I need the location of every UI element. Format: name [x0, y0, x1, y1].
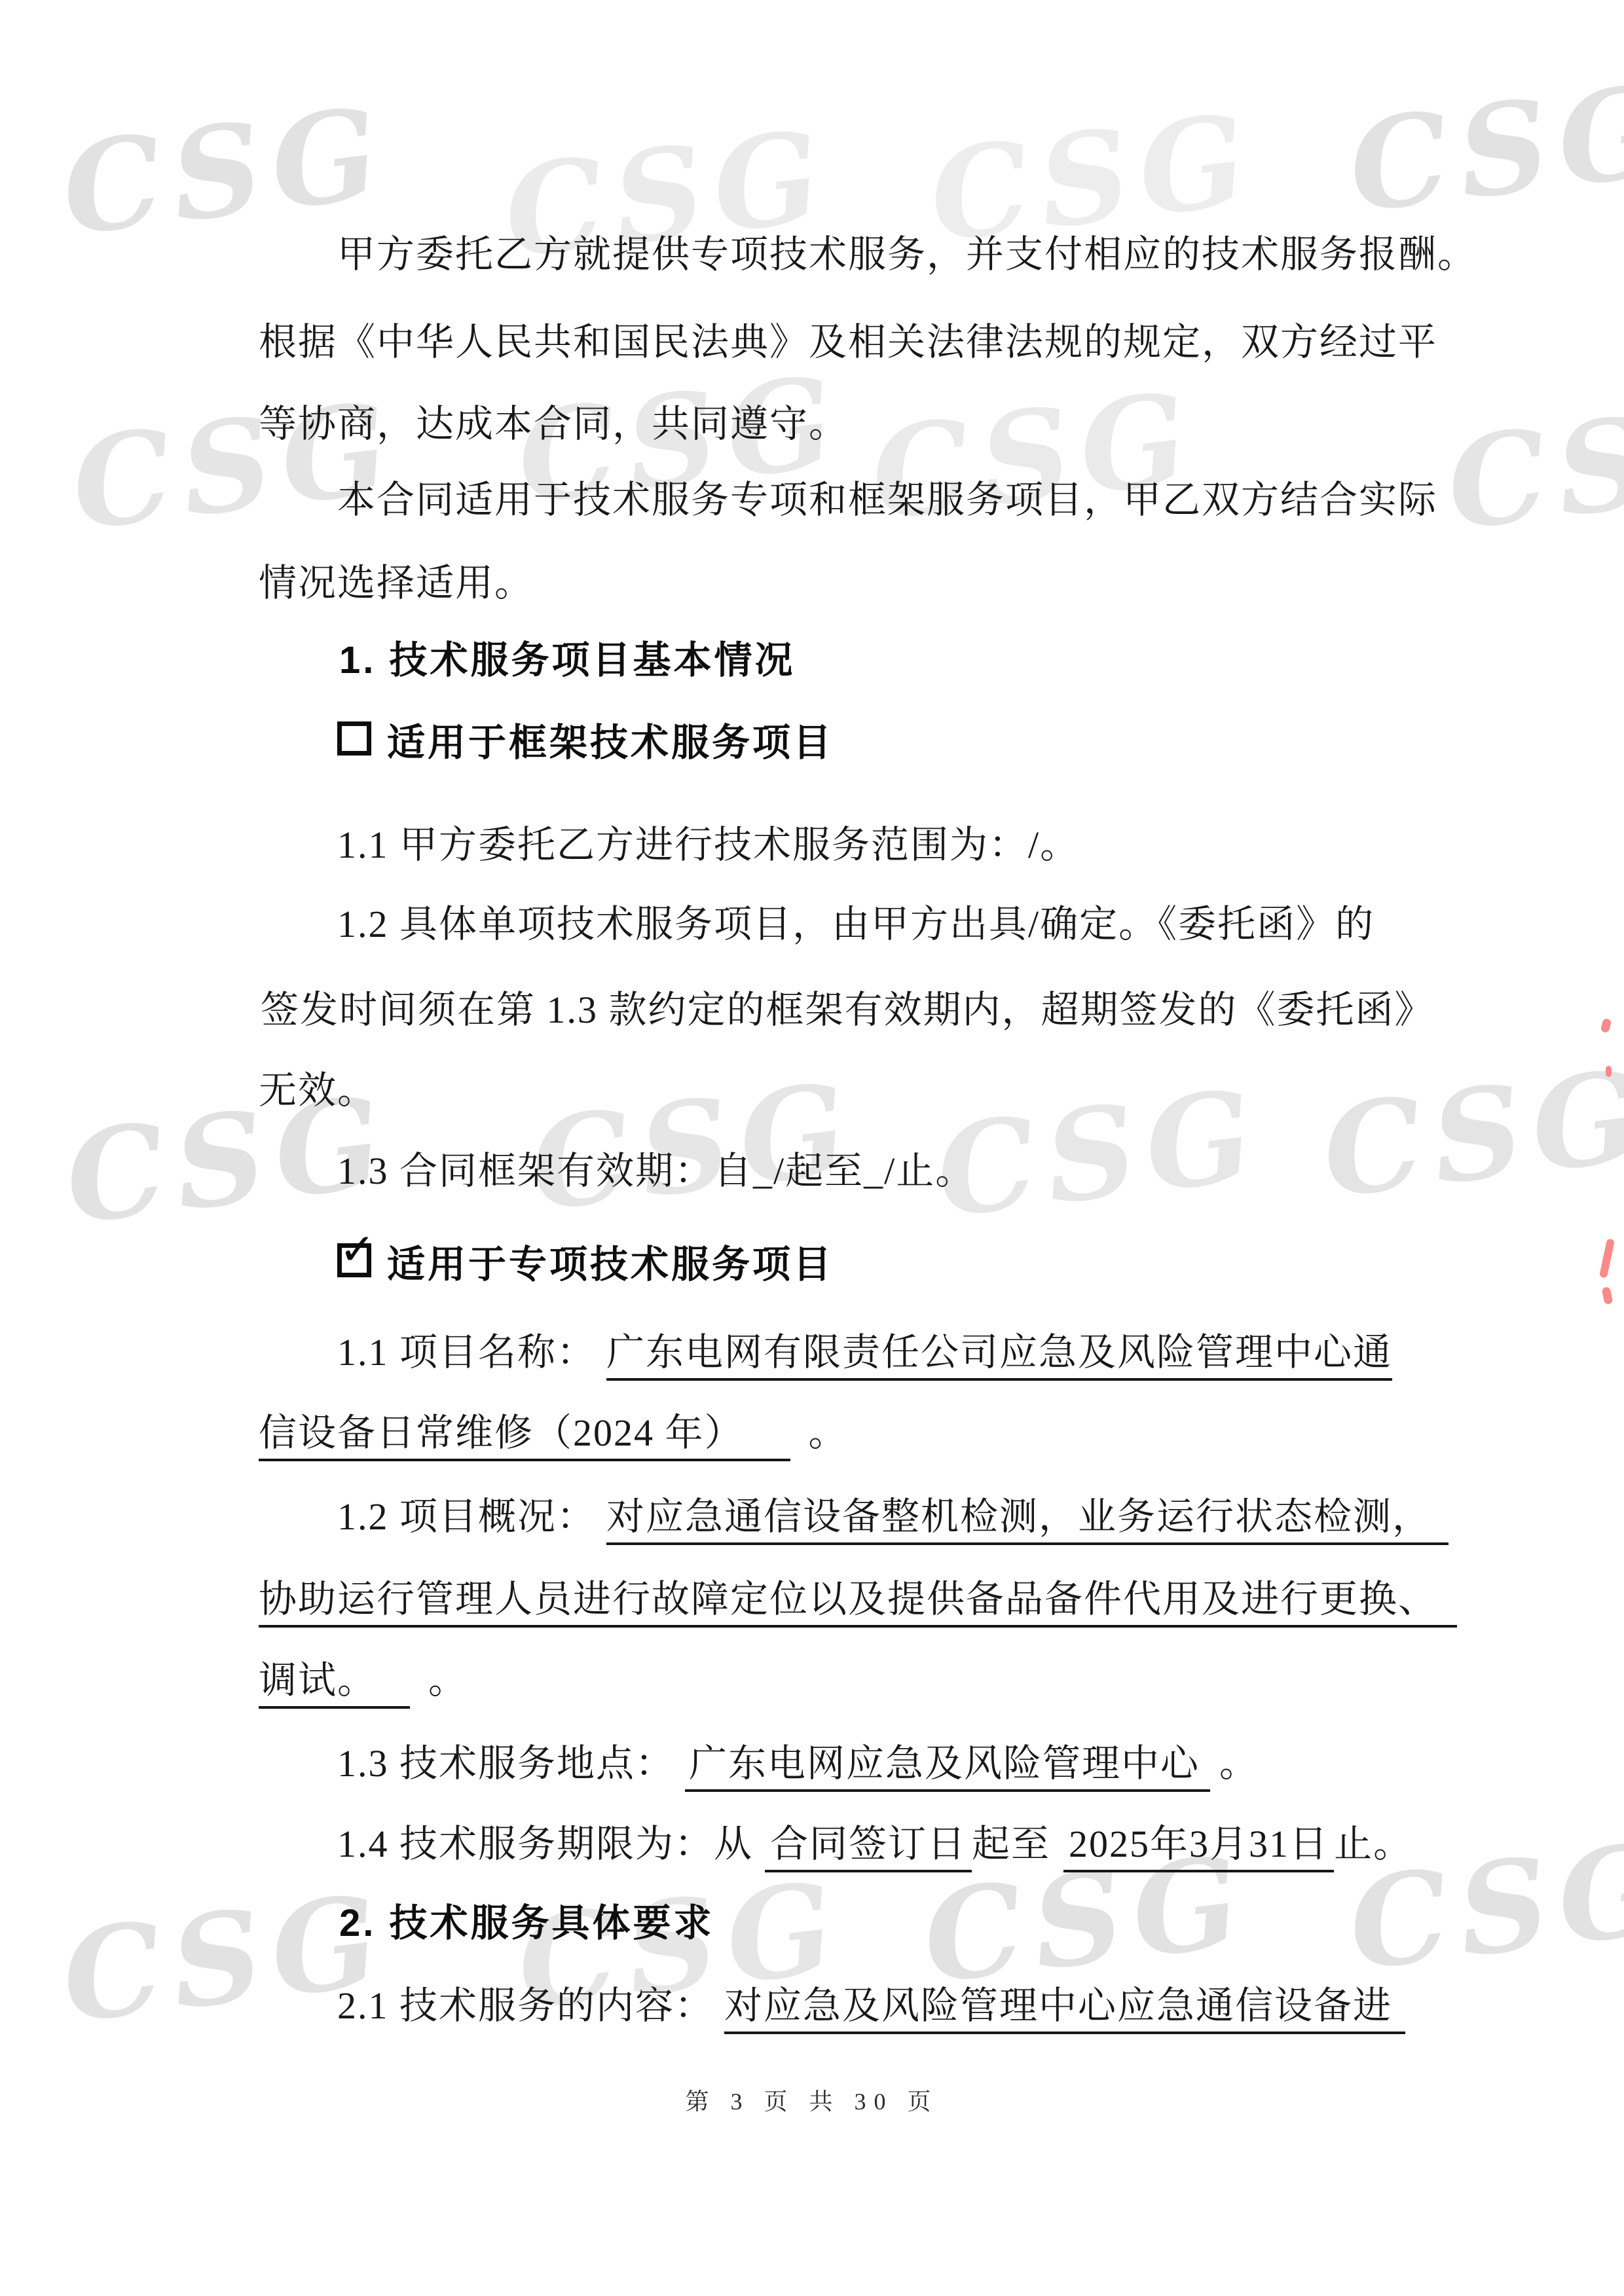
section-1-heading: 1. 技术服务项目基本情况	[339, 636, 796, 685]
checkbox-checked-icon: ✓	[337, 1243, 371, 1277]
service-location-value: 广东电网应急及风险管理中心	[685, 1742, 1210, 1792]
project-name-value-line-2: 信设备日常维修（2024 年）	[259, 1412, 790, 1461]
clause-2-1-service-content: 2.1 技术服务的内容：对应急及风险管理中心应急通信设备进	[337, 1982, 1405, 2030]
period-mark: 。	[1219, 1742, 1259, 1785]
clause-1-4-service-term: 1.4 技术服务期限为：从合同签订日起至2025年3月31日止。	[337, 1820, 1412, 1868]
intro-line-1: 甲方委托乙方就提供专项技术服务，并支付相应的技术服务报酬。	[337, 230, 1477, 279]
project-name-value-line-2-row: 信设备日常维修（2024 年）。	[259, 1409, 848, 1457]
red-edge-mark	[1600, 1018, 1612, 1034]
frame-project-heading: 适用于框架技术服务项目	[337, 719, 834, 767]
contract-page: CSG CSG CSG CSG CSG CSG CSG CSG CSG CSG …	[0, 0, 1624, 2296]
project-overview-value-line-3: 调试。	[259, 1659, 410, 1709]
project-name-value-line-1: 广东电网有限责任公司应急及风险管理中心通	[606, 1331, 1392, 1381]
clause-1-2-frame-line-3: 无效。	[259, 1066, 377, 1115]
clause-1-3-frame: 1.3 合同框架有效期：自_/起至_/止。	[337, 1147, 974, 1195]
check-mark-icon: ✓	[339, 1228, 378, 1271]
csg-watermark: CSG	[929, 1061, 1270, 1245]
special-heading-label: 适用于专项技术服务项目	[387, 1243, 834, 1286]
clause-1-1-frame: 1.1 甲方委托乙方进行技术服务范围为：/。	[337, 821, 1079, 869]
project-overview-label: 1.2 项目概况：	[337, 1495, 596, 1538]
section-2-heading: 2. 技术服务具体要求	[339, 1899, 714, 1948]
page-footer: 第 3 页 共 30 页	[0, 2083, 1624, 2117]
service-location-label: 1.3 技术服务地点：	[337, 1742, 674, 1785]
clause-1-2-project-overview: 1.2 项目概况：对应急通信设备整机检测，业务运行状态检测，	[337, 1493, 1449, 1541]
intro-line-3: 等协商，达成本合同，共同遵守。	[259, 400, 848, 448]
red-edge-mark	[1599, 1238, 1615, 1278]
service-term-end: 2025年3月31日	[1063, 1823, 1334, 1872]
service-term-start: 合同签订日	[765, 1823, 972, 1872]
service-term-label: 1.4 技术服务期限为：从	[337, 1823, 753, 1865]
red-edge-mark	[1601, 1286, 1613, 1305]
scope-line-1: 本合同适用于技术服务专项和框架服务项目，甲乙双方结合实际	[337, 476, 1437, 524]
clause-1-2-frame-line-1: 1.2 具体单项技术服务项目，由甲方出具/确定。《委托函》的	[337, 900, 1375, 949]
service-term-tail: 止。	[1334, 1823, 1412, 1865]
project-overview-value-line-3-row: 调试。。	[259, 1656, 468, 1705]
project-overview-value-line-2-row: 协助运行管理人员进行故障定位以及提供备品备件代用及进行更换、	[259, 1575, 1457, 1624]
scope-line-2: 情况选择适用。	[259, 559, 534, 608]
project-name-label: 1.1 项目名称：	[337, 1331, 596, 1374]
service-content-label: 2.1 技术服务的内容：	[337, 1984, 714, 2027]
period-mark: 。	[428, 1659, 468, 1702]
frame-heading-label: 适用于框架技术服务项目	[387, 721, 834, 764]
csg-watermark: CSG	[1439, 373, 1624, 558]
project-overview-value-line-2: 协助运行管理人员进行故障定位以及提供备品备件代用及进行更换、	[259, 1578, 1457, 1628]
clause-1-1-project-name: 1.1 项目名称：广东电网有限责任公司应急及风险管理中心通	[337, 1328, 1392, 1377]
project-overview-value-line-1: 对应急通信设备整机检测，业务运行状态检测，	[606, 1495, 1449, 1545]
csg-watermark: CSG	[1341, 56, 1624, 240]
csg-watermark: CSG	[1315, 1041, 1624, 1226]
service-term-middle: 起至	[972, 1823, 1050, 1865]
special-project-heading: ✓适用于专项技术服务项目	[337, 1241, 834, 1289]
intro-line-2: 根据《中华人民共和国民法典》及相关法律法规的规定，双方经过平	[259, 318, 1437, 367]
red-edge-mark	[1606, 1066, 1612, 1077]
period-mark: 。	[809, 1412, 848, 1454]
service-content-value-line-1: 对应急及风险管理中心应急通信设备进	[724, 1984, 1405, 2034]
clause-1-2-frame-line-2: 签发时间须在第 1.3 款约定的框架有效期内，超期签发的《委托函》	[261, 986, 1434, 1034]
clause-1-3-service-location: 1.3 技术服务地点：广东电网应急及风险管理中心。	[337, 1740, 1259, 1788]
checkbox-unchecked-icon	[337, 721, 371, 756]
